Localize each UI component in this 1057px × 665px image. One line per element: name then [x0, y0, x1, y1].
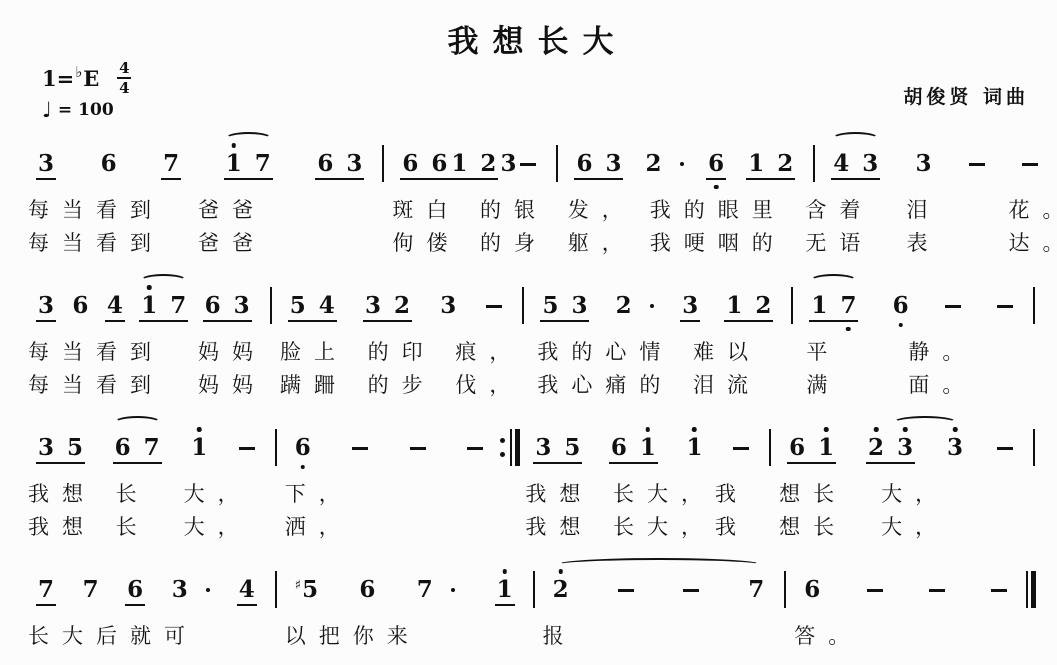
score-meta: 1=♭E 4 4 ♩ = 100 — [42, 63, 1045, 123]
song-title: 我想长大 — [30, 24, 1045, 61]
note-group: 1 — [684, 436, 704, 464]
note-group: 6 — [891, 294, 911, 322]
octave-dot-low — [898, 323, 903, 328]
octave-dot-low — [714, 185, 719, 190]
time-signature: 4 4 — [117, 61, 131, 96]
note-group: 3 — [438, 294, 458, 322]
sheet-music-page: 我想长大 胡俊贤 词曲 1=♭E 4 4 ♩ = 100 36717636612… — [0, 0, 1057, 665]
beam-group: 1 — [495, 578, 515, 606]
measure: 3671763 — [24, 131, 378, 189]
note: 2 — [868, 436, 884, 459]
note: 1 — [818, 436, 834, 459]
beam-group: 6 — [706, 152, 726, 180]
note-group: 1 — [189, 436, 209, 464]
note: 6 — [127, 578, 143, 601]
note: 6 — [804, 578, 820, 601]
key-tonic: 1= — [42, 66, 74, 91]
note: 4 — [239, 578, 255, 601]
lyric-segment: 以把你来 — [281, 620, 529, 650]
augmentation-dot — [451, 588, 456, 593]
note: 7 — [83, 578, 99, 601]
beam-group: 17 — [139, 294, 188, 322]
note-cell: 63 — [203, 294, 252, 322]
dash-note — [997, 447, 1013, 451]
lyric-segment: 我想 长大，我 — [521, 478, 765, 508]
beam-group: 3 — [36, 152, 56, 180]
beam-group: 54 — [288, 294, 337, 322]
note: 3 — [500, 152, 516, 175]
note: 1 — [191, 436, 207, 459]
note-cell: 66 — [400, 152, 449, 180]
dash-note — [410, 447, 426, 451]
note: 3 — [365, 294, 381, 317]
note-cell — [1020, 163, 1040, 181]
system: 367176366123632612433每当看到 爸爸斑白 的银 发，我的眼里… — [24, 131, 1039, 258]
measure: 433 — [819, 131, 1054, 189]
note-cell: 7 — [415, 578, 458, 606]
note: 7 — [38, 578, 54, 601]
note: 4 — [833, 152, 849, 175]
note-cell: 3 — [913, 152, 933, 180]
note-cell: 7 — [161, 152, 181, 180]
note-cell: 12 — [449, 152, 498, 180]
dash-note — [969, 163, 985, 167]
lyric-segment: 脸上 的印 痕， — [276, 336, 523, 366]
slur-arc — [225, 132, 272, 145]
note-cell: 63 — [574, 152, 623, 180]
slur-arc — [140, 274, 187, 287]
note-cell: 32 — [363, 294, 412, 322]
note: 3 — [172, 578, 188, 601]
note: 6 — [789, 436, 805, 459]
note-group: 6 — [70, 294, 90, 322]
lyric-segment: 表 达。 — [903, 227, 1057, 257]
beam-group: 12 — [746, 152, 795, 180]
note-cell: 1 — [684, 436, 704, 464]
note-group: 6 — [293, 436, 313, 464]
note: 6 — [205, 294, 221, 317]
note: 1 — [141, 294, 157, 317]
lyric-segment: 下， — [281, 478, 500, 508]
note: 5 — [542, 294, 558, 317]
note: 6 — [708, 152, 724, 175]
dash-note — [618, 589, 634, 593]
measure: 6 — [281, 415, 500, 473]
system: 3567163561161233我想 长 大，下，我想 长大，我想长 大，我想 … — [24, 415, 1039, 542]
note-cell: 3 — [498, 152, 518, 180]
measure: 54323 — [276, 273, 519, 331]
composer-credit: 胡俊贤 词曲 — [903, 82, 1029, 109]
note-group: 6 — [357, 578, 377, 606]
lyric-segment: 蹒跚 的步 伐， — [276, 369, 523, 399]
lyric-row: 每当看到 妈妈脸上 的印 痕，我的心情 难以平 静。 — [24, 334, 1039, 367]
octave-dot-high — [824, 427, 829, 432]
note-cell: 23 — [866, 436, 915, 464]
notes-row: 3567163561161233 — [24, 415, 1039, 473]
barline — [266, 273, 276, 331]
note-group — [484, 305, 504, 323]
octave-dot-high — [953, 427, 958, 432]
note: 6 — [317, 152, 333, 175]
note-group — [681, 589, 701, 607]
note-cell — [350, 447, 370, 465]
note: 3 — [38, 152, 54, 175]
note: 6 — [359, 578, 375, 601]
dash-note — [929, 589, 945, 593]
note-cell: 67 — [113, 436, 162, 464]
beam-group: 63 — [203, 294, 252, 322]
note-cell — [995, 447, 1015, 465]
note: 6 — [115, 436, 131, 459]
measure: 77634 — [24, 557, 271, 615]
beam-group: 3 — [680, 294, 700, 322]
note-cell — [967, 163, 987, 181]
note: 4 — [319, 294, 335, 317]
beam-group: 61 — [787, 436, 836, 464]
note-cell: 6 — [99, 152, 119, 180]
note-cell: 35 — [36, 436, 85, 464]
dash-note — [486, 305, 502, 309]
beam-group: 6 — [125, 578, 145, 606]
repeat-dots — [500, 429, 505, 466]
beam-group: 35 — [36, 436, 85, 464]
note-cell: 3 — [438, 294, 458, 322]
note: 2 — [553, 578, 569, 601]
measure: 61233 — [775, 415, 1029, 473]
note-group: 2 — [551, 578, 571, 606]
lyric-segment: 平 静。 — [802, 336, 1034, 366]
note: 3 — [234, 294, 250, 317]
dash-note — [683, 589, 699, 593]
lyric-row: 我想 长 大，洒，我想 长大，我想长 大， — [24, 509, 1039, 542]
note-group — [518, 163, 538, 181]
note: 7 — [417, 578, 433, 601]
lyric-segment: 我想 长 大， — [24, 511, 271, 541]
beam-group: 63 — [315, 152, 364, 180]
note-group — [465, 447, 485, 465]
measure: 35671 — [24, 415, 271, 473]
note-cell — [465, 447, 485, 465]
octave-dot-high — [558, 569, 563, 574]
beam-group: 3 — [36, 294, 56, 322]
note-cell: 7 — [746, 578, 766, 606]
note-group — [943, 305, 963, 323]
note-cell — [731, 447, 751, 465]
note: 3 — [682, 294, 698, 317]
octave-dot-high — [646, 427, 651, 432]
note-cell: 6 — [802, 578, 822, 606]
measure: 176 — [797, 273, 1029, 331]
note-cell: 7 — [81, 578, 101, 606]
note: 3 — [38, 294, 54, 317]
note: 2 — [755, 294, 771, 317]
dash-note — [467, 447, 483, 451]
note: 5 — [564, 436, 580, 459]
measure: 532312 — [528, 273, 787, 331]
note-group — [350, 447, 370, 465]
note-cell: 1 — [495, 578, 515, 606]
note-cell — [943, 305, 963, 323]
dash-note — [239, 447, 255, 451]
lyric-segment: 我想 长大，我 — [521, 511, 765, 541]
note-cell — [616, 589, 636, 607]
notes-row: 367176366123632612433 — [24, 131, 1039, 189]
note-cell: 3 — [680, 294, 700, 322]
beam-group: 43 — [831, 152, 880, 180]
note: 3 — [440, 294, 456, 317]
note: 7 — [748, 578, 764, 601]
octave-dot-low — [846, 327, 851, 332]
note: 1 — [811, 294, 827, 317]
note-cell: 6 — [891, 294, 911, 322]
lyric-segment: 想长 大， — [775, 511, 1029, 541]
notes-row: 364176354323532312176 — [24, 273, 1039, 331]
note-cell: 7 — [36, 578, 56, 606]
slur-arc — [810, 274, 857, 287]
beam-group: 67 — [113, 436, 162, 464]
lyric-segment: 洒， — [281, 511, 500, 541]
note: 3 — [862, 152, 878, 175]
note-cell — [408, 447, 428, 465]
dash-note — [352, 447, 368, 451]
measure: 35611 — [521, 415, 765, 473]
barline — [529, 557, 539, 615]
note: 4 — [107, 294, 123, 317]
slur-arc — [832, 132, 879, 145]
key-signature: 1=♭E 4 4 — [42, 63, 1045, 93]
octave-dot-high — [197, 427, 202, 432]
note-group: 3 — [498, 152, 518, 180]
beam-group: 12 — [724, 294, 773, 322]
lyric-row: 我想 长 大，下，我想 长大，我想长 大， — [24, 476, 1039, 509]
note-group — [989, 589, 1009, 607]
final-barline — [1023, 557, 1039, 615]
note-group: 6 — [802, 578, 822, 606]
note-group: 7 — [415, 578, 458, 606]
note-cell: 6 — [357, 578, 377, 606]
beam-group: 17 — [224, 152, 273, 180]
note-cell: 6 — [293, 436, 313, 464]
note: 6 — [576, 152, 592, 175]
slur-arc — [114, 416, 161, 429]
note: 2 — [616, 294, 632, 317]
beam-group: 61 — [609, 436, 658, 464]
tempo-value: 100 — [78, 100, 114, 120]
lyric-segment: 每当看到 爸爸 — [24, 227, 378, 257]
note: 3 — [346, 152, 362, 175]
note: 2 — [777, 152, 793, 175]
lyric-segment: 我想 长 大， — [24, 478, 271, 508]
note: 6 — [72, 294, 88, 317]
lyric-segment: 每当看到 妈妈 — [24, 369, 266, 399]
lyric-segment: 报 — [539, 620, 781, 650]
quarter-note-icon: ♩ — [42, 98, 52, 122]
note: 3 — [38, 436, 54, 459]
measure: 6 — [790, 557, 1023, 615]
note-group — [995, 447, 1015, 465]
note: 7 — [144, 436, 160, 459]
note-cell — [989, 589, 1009, 607]
dash-note — [733, 447, 749, 451]
note: 5 — [290, 294, 306, 317]
note-group — [967, 163, 987, 181]
beam-group: 12 — [449, 152, 498, 180]
note: 2 — [646, 152, 662, 175]
measure: ♯5671 — [281, 557, 529, 615]
tempo-equals: = — [58, 100, 72, 120]
lyric-segment: 我的心情 难以 — [533, 336, 792, 366]
note-cell: 53 — [540, 294, 589, 322]
beam-group: 17 — [809, 294, 858, 322]
lyric-segment: 答。 — [790, 620, 1023, 650]
note-group: 2 — [614, 294, 657, 322]
note-group: 6 — [99, 152, 119, 180]
lyric-segment: 每当看到 妈妈 — [24, 336, 266, 366]
dash-note — [520, 163, 536, 167]
system: 77634♯5671276长大后就可以把你来报答。 — [24, 557, 1039, 651]
barline — [765, 415, 775, 473]
lyric-segment: 每当看到 爸爸 — [24, 194, 378, 224]
note: 3 — [535, 436, 551, 459]
note: 1 — [497, 578, 513, 601]
barline — [787, 273, 797, 331]
note: 2 — [394, 294, 410, 317]
measure: 3641763 — [24, 273, 266, 331]
barline — [809, 131, 819, 189]
lyric-segment: 满 面。 — [802, 369, 1034, 399]
note-cell: 3 — [945, 436, 965, 464]
note-cell: 12 — [724, 294, 773, 322]
barline — [1029, 415, 1039, 473]
lyric-segment: 想长 大， — [775, 478, 1029, 508]
note-group — [616, 589, 636, 607]
note: 6 — [295, 436, 311, 459]
note-cell: 2 — [551, 578, 571, 606]
beam-group: 66 — [400, 152, 449, 180]
note-cell: 4 — [105, 294, 125, 322]
note-cell: 17 — [224, 152, 273, 180]
note-cell — [681, 589, 701, 607]
note: 5 — [67, 436, 83, 459]
note: 6 — [431, 152, 447, 175]
beam-group: 4 — [105, 294, 125, 322]
beam-group: 63 — [574, 152, 623, 180]
note-cell: ♯5 — [293, 578, 320, 606]
lyric-segment: 佝偻 的身 躯， — [388, 227, 635, 257]
note: 1 — [451, 152, 467, 175]
note-group: 7 — [746, 578, 766, 606]
score: 367176366123632612433每当看到 爸爸斑白 的银 发，我的眼里… — [16, 131, 1045, 651]
note-cell: 12 — [746, 152, 795, 180]
note-cell: 2 — [614, 294, 657, 322]
note: 3 — [947, 436, 963, 459]
dash-note — [945, 305, 961, 309]
note: 7 — [255, 152, 271, 175]
note-cell: 4 — [237, 578, 257, 606]
lyric-segment: 斑白 的银 发， — [388, 194, 635, 224]
note-cell: 61 — [787, 436, 836, 464]
lyric-row: 每当看到 爸爸佝偻 的身 躯，我哽咽的 无语表 达。 — [24, 225, 1039, 258]
barline — [271, 415, 281, 473]
note: 6 — [101, 152, 117, 175]
octave-dot-high — [692, 427, 697, 432]
note: 7 — [163, 152, 179, 175]
beam-group: 23 — [866, 436, 915, 464]
note-cell: 54 — [288, 294, 337, 322]
note-group — [927, 589, 947, 607]
dash-note — [991, 589, 1007, 593]
note-cell: 17 — [809, 294, 858, 322]
dash-note — [867, 589, 883, 593]
barline — [518, 273, 528, 331]
note-cell: 6 — [125, 578, 145, 606]
barline — [552, 131, 562, 189]
measure: 632612 — [562, 131, 809, 189]
note-cell: 61 — [609, 436, 658, 464]
note-cell: 17 — [139, 294, 188, 322]
note: 3 — [897, 436, 913, 459]
note-group: 7 — [81, 578, 101, 606]
note-group — [865, 589, 885, 607]
lyric-segment: 我哽咽的 无语 — [646, 227, 893, 257]
lyric-row: 每当看到 妈妈蹒跚 的步 伐，我心痛的 泪流满 面。 — [24, 367, 1039, 400]
lyric-row: 长大后就可以把你来报答。 — [24, 618, 1039, 651]
note-cell: 43 — [831, 152, 880, 180]
sharp-icon: ♯ — [295, 578, 301, 593]
note: 6 — [893, 294, 909, 317]
barline — [1029, 273, 1039, 331]
dash-note — [997, 305, 1013, 309]
beam-group: 4 — [237, 578, 257, 606]
system: 364176354323532312176每当看到 妈妈脸上 的印 痕，我的心情… — [24, 273, 1039, 400]
lyric-segment: 我的眼里 含着 — [646, 194, 893, 224]
note: 1 — [640, 436, 656, 459]
note-cell: 6 — [70, 294, 90, 322]
note-cell: 35 — [533, 436, 582, 464]
note: 3 — [915, 152, 931, 175]
note: ♯5 — [295, 578, 318, 601]
beam-group: 32 — [363, 294, 412, 322]
note-cell — [865, 589, 885, 607]
note-cell — [995, 305, 1015, 323]
note-cell: 63 — [315, 152, 364, 180]
note: 6 — [611, 436, 627, 459]
slur-arc — [893, 416, 957, 429]
note: 1 — [686, 436, 702, 459]
note-cell — [518, 163, 538, 181]
note: 6 — [402, 152, 418, 175]
measure: 27 — [539, 557, 781, 615]
barline — [780, 557, 790, 615]
octave-dot-low — [301, 465, 306, 470]
note-group: ♯5 — [293, 578, 320, 606]
note: 3 — [605, 152, 621, 175]
note: 3 — [571, 294, 587, 317]
lyric-segment: 泪 花。 — [903, 194, 1057, 224]
beam-group: 35 — [533, 436, 582, 464]
tempo-marking: ♩ = 100 — [42, 97, 1045, 123]
note-group — [237, 447, 257, 465]
note-group: 3 — [913, 152, 933, 180]
note-group — [731, 447, 751, 465]
augmentation-dot — [680, 162, 685, 167]
note: 7 — [170, 294, 186, 317]
augmentation-dot — [650, 304, 655, 309]
flat-icon: ♭ — [75, 63, 82, 81]
note-group — [995, 305, 1015, 323]
notes-row: 77634♯5671276 — [24, 557, 1039, 615]
note: 1 — [748, 152, 764, 175]
